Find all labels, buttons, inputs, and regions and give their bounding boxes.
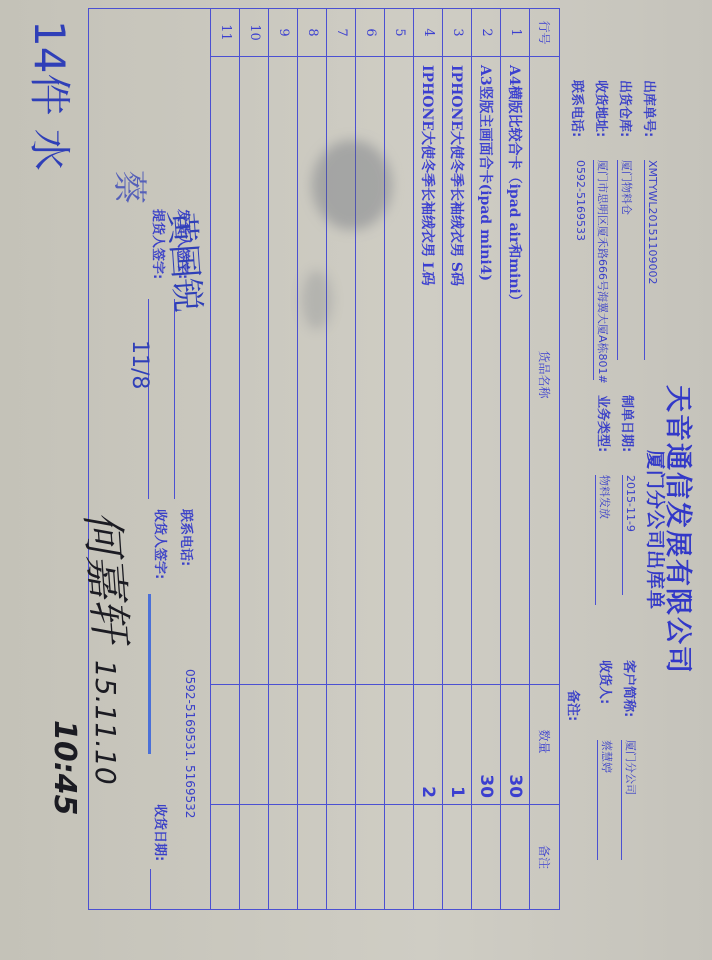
- handwritten-shipper-signature: 黄国锐: [160, 208, 216, 313]
- stain: [312, 140, 392, 230]
- item-note: [501, 805, 530, 909]
- contact-phone-label: 联系电话:: [178, 509, 197, 566]
- receiver-sign-label: 收货人签字:: [152, 509, 171, 579]
- item-qty: [269, 685, 298, 805]
- table-row: 3 IPHONE大使冬季长袖绒衣男 S码 1: [442, 9, 472, 909]
- item-note: [269, 805, 298, 909]
- col-header-no: 行号: [530, 9, 559, 57]
- handwritten-margin-note: 14件 水: [22, 20, 82, 171]
- document-subtitle: 厦门分公司出库单: [643, 330, 670, 730]
- row-number: 2: [472, 9, 501, 57]
- item-note: [414, 805, 443, 909]
- item-note: [240, 805, 269, 909]
- date-value: 2015-11-9: [622, 475, 637, 595]
- handwritten-receive-time: 10:45: [47, 720, 82, 816]
- table-row: 8: [297, 9, 327, 909]
- item-note: [327, 805, 356, 909]
- table-row: 1 A4横版比较合卡（ipad air和mini） 30: [500, 9, 530, 909]
- item-name: IPHONE大使冬季长袖绒衣男 S码: [443, 57, 472, 685]
- row-number: 3: [443, 9, 472, 57]
- business-type-value: 物料发放: [595, 475, 613, 605]
- items-table: 行号 货品名称 数量 备注 1 A4横版比较合卡（ipad air和mini） …: [88, 8, 560, 910]
- row-number: 11: [211, 9, 240, 57]
- row-number: 10: [240, 9, 269, 57]
- item-note: [298, 805, 327, 909]
- customer-value: 厦门分公司: [621, 740, 639, 860]
- outbound-no-label: 出库单号:: [641, 80, 660, 137]
- receiver-value: 蔡慧婷: [597, 740, 615, 860]
- row-number: 8: [298, 9, 327, 57]
- item-note: [211, 805, 240, 909]
- pickup-sign-line: [148, 299, 149, 499]
- address-label: 收货地址:: [593, 80, 612, 137]
- item-qty: [211, 685, 240, 805]
- contact-phone-value: 0592-5169531. 5169532: [183, 669, 197, 818]
- item-qty: [298, 685, 327, 805]
- date-label: 制单日期:: [619, 395, 638, 452]
- item-qty: [385, 685, 414, 805]
- item-name: IPHONE大使冬季长袖绒衣男 L码: [414, 57, 443, 685]
- item-qty: 30: [501, 685, 530, 805]
- item-name: [385, 57, 414, 685]
- customer-label: 客户简称:: [621, 660, 640, 717]
- phone-value: 0592-5169533: [573, 160, 587, 560]
- item-name: [211, 57, 240, 685]
- item-name: [240, 57, 269, 685]
- item-note: [385, 805, 414, 909]
- stain: [302, 270, 332, 330]
- address-value: 厦门市思明区厦禾路666号海翼大厦A栋801#: [593, 160, 611, 380]
- remark-label: 备注:: [565, 690, 584, 721]
- table-row: 4 IPHONE大使冬季长袖绒衣男 L码 2: [413, 9, 443, 909]
- col-header-note: 备注: [530, 805, 559, 909]
- receiver-label: 收货人:: [597, 660, 616, 704]
- item-name: A4横版比较合卡（ipad air和mini）: [501, 57, 530, 685]
- item-qty: [327, 685, 356, 805]
- item-qty: [240, 685, 269, 805]
- table-row: 2 A3竖版主画面合卡(ipad mini4) 30: [471, 9, 501, 909]
- item-qty: [356, 685, 385, 805]
- handwritten-pickup-signature: 蔡: [108, 170, 157, 204]
- business-type-label: 业务类型:: [595, 395, 614, 452]
- handwritten-receiver-signature: 何嘉轩: [73, 508, 146, 644]
- row-number: 5: [385, 9, 414, 57]
- col-header-qty: 数量: [530, 685, 559, 805]
- receive-date-label: 收货日期:: [152, 804, 171, 861]
- table-row: 5: [384, 9, 414, 909]
- table-row: 9: [268, 9, 298, 909]
- item-qty: 2: [414, 685, 443, 805]
- shipper-sign-line: [174, 299, 175, 499]
- outbound-no-value: XMTYWL20151109002: [644, 160, 659, 360]
- item-name: [298, 57, 327, 685]
- handwritten-shipper-note: 11/8: [127, 340, 152, 389]
- item-name: A3竖版主画面合卡(ipad mini4): [472, 57, 501, 685]
- table-row: 10: [239, 9, 269, 909]
- item-note: [443, 805, 472, 909]
- col-header-name: 货品名称: [530, 57, 559, 685]
- handwritten-receive-date: 15.11.10: [89, 660, 122, 785]
- row-number: 9: [269, 9, 298, 57]
- receiver-sign-line: [148, 594, 151, 754]
- phone-label: 联系电话:: [569, 80, 588, 137]
- item-note: [356, 805, 385, 909]
- item-qty: 1: [443, 685, 472, 805]
- item-name: [269, 57, 298, 685]
- outbound-slip: 天音通信发展有限公司 厦门分公司出库单 出库单号: XMTYWL20151109…: [0, 0, 712, 960]
- row-number: 1: [501, 9, 530, 57]
- row-number: 6: [356, 9, 385, 57]
- warehouse-label: 出货仓库:: [617, 80, 636, 137]
- item-qty: 30: [472, 685, 501, 805]
- warehouse-value: 厦门物料仓: [617, 160, 635, 360]
- item-note: [472, 805, 501, 909]
- row-number: 4: [414, 9, 443, 57]
- row-number: 7: [327, 9, 356, 57]
- receive-date-line: [150, 869, 151, 909]
- table-row: 11: [210, 9, 240, 909]
- table-header-row: 行号 货品名称 数量 备注: [529, 9, 559, 909]
